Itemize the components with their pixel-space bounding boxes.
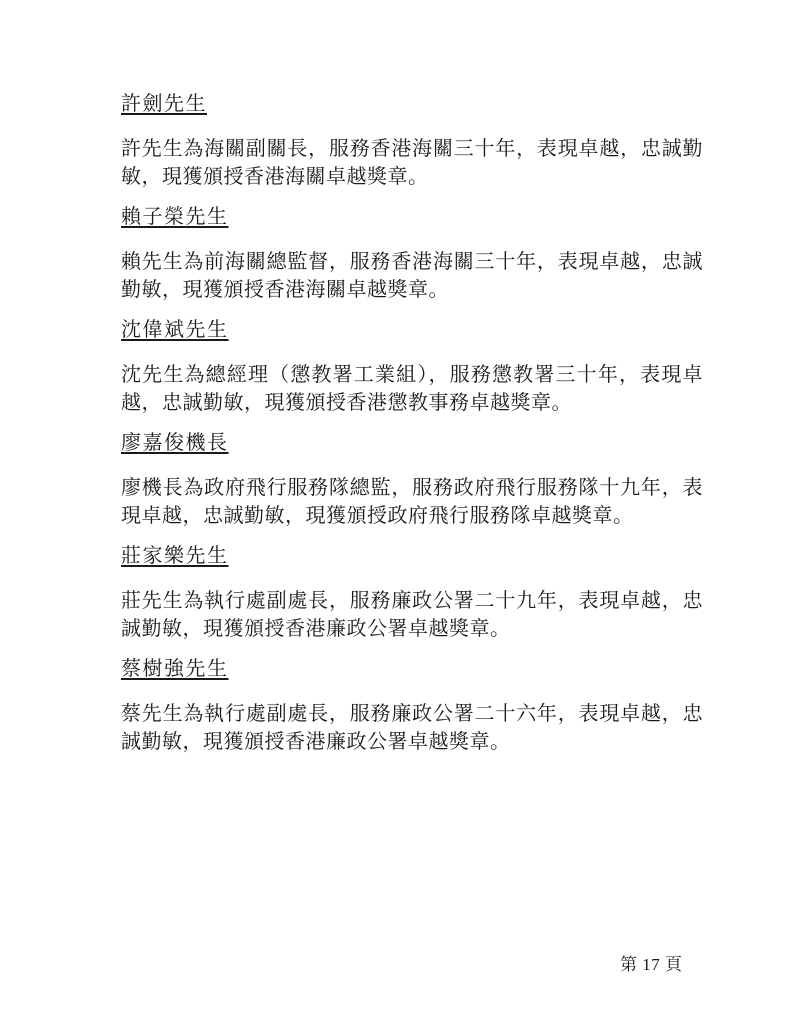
recipient-name-heading: 莊家樂先生: [121, 542, 703, 570]
award-recipient-section: 賴子榮先生 賴先生為前海關總監督，服務香港海關三十年，表現卓越，忠誠勤敏，現獲頒…: [121, 203, 703, 304]
recipient-citation-text: 莊先生為執行處副處長，服務廉政公署二十九年，表現卓越，忠誠勤敏，現獲頒授香港廉政…: [121, 587, 703, 643]
recipient-name-heading: 沈偉斌先生: [121, 316, 703, 344]
recipient-name-heading: 蔡樹強先生: [121, 655, 703, 683]
recipient-name-text: 沈偉斌先生: [121, 319, 229, 341]
award-recipient-section: 沈偉斌先生 沈先生為總經理（懲教署工業組），服務懲教署三十年，表現卓越，忠誠勤敏…: [121, 316, 703, 417]
page-number: 第 17 頁: [620, 954, 683, 976]
recipient-citation-text: 賴先生為前海關總監督，服務香港海關三十年，表現卓越，忠誠勤敏，現獲頒授香港海關卓…: [121, 248, 703, 304]
document-page: 許劍先生 許先生為海關副關長，服務香港海關三十年，表現卓越，忠誠勤敏，現獲頒授香…: [0, 0, 791, 1024]
document-body: 許劍先生 許先生為海關副關長，服務香港海關三十年，表現卓越，忠誠勤敏，現獲頒授香…: [121, 90, 703, 768]
recipient-name-heading: 賴子榮先生: [121, 203, 703, 231]
award-recipient-section: 許劍先生 許先生為海關副關長，服務香港海關三十年，表現卓越，忠誠勤敏，現獲頒授香…: [121, 90, 703, 191]
recipient-name-heading: 許劍先生: [121, 90, 703, 118]
recipient-name-text: 蔡樹強先生: [121, 658, 229, 680]
recipient-citation-text: 許先生為海關副關長，服務香港海關三十年，表現卓越，忠誠勤敏，現獲頒授香港海關卓越…: [121, 135, 703, 191]
award-recipient-section: 蔡樹強先生 蔡先生為執行處副處長，服務廉政公署二十六年，表現卓越，忠誠勤敏，現獲…: [121, 655, 703, 756]
award-recipient-section: 莊家樂先生 莊先生為執行處副處長，服務廉政公署二十九年，表現卓越，忠誠勤敏，現獲…: [121, 542, 703, 643]
recipient-citation-text: 廖機長為政府飛行服務隊總監，服務政府飛行服務隊十九年，表現卓越，忠誠勤敏，現獲頒…: [121, 474, 703, 530]
award-recipient-section: 廖嘉俊機長 廖機長為政府飛行服務隊總監，服務政府飛行服務隊十九年，表現卓越，忠誠…: [121, 429, 703, 530]
recipient-citation-text: 蔡先生為執行處副處長，服務廉政公署二十六年，表現卓越，忠誠勤敏，現獲頒授香港廉政…: [121, 700, 703, 756]
recipient-name-heading: 廖嘉俊機長: [121, 429, 703, 457]
recipient-citation-text: 沈先生為總經理（懲教署工業組），服務懲教署三十年，表現卓越，忠誠勤敏，現獲頒授香…: [121, 361, 703, 417]
recipient-name-text: 莊家樂先生: [121, 545, 229, 567]
recipient-name-text: 廖嘉俊機長: [121, 432, 229, 454]
recipient-name-text: 賴子榮先生: [121, 206, 229, 228]
recipient-name-text: 許劍先生: [121, 93, 207, 115]
